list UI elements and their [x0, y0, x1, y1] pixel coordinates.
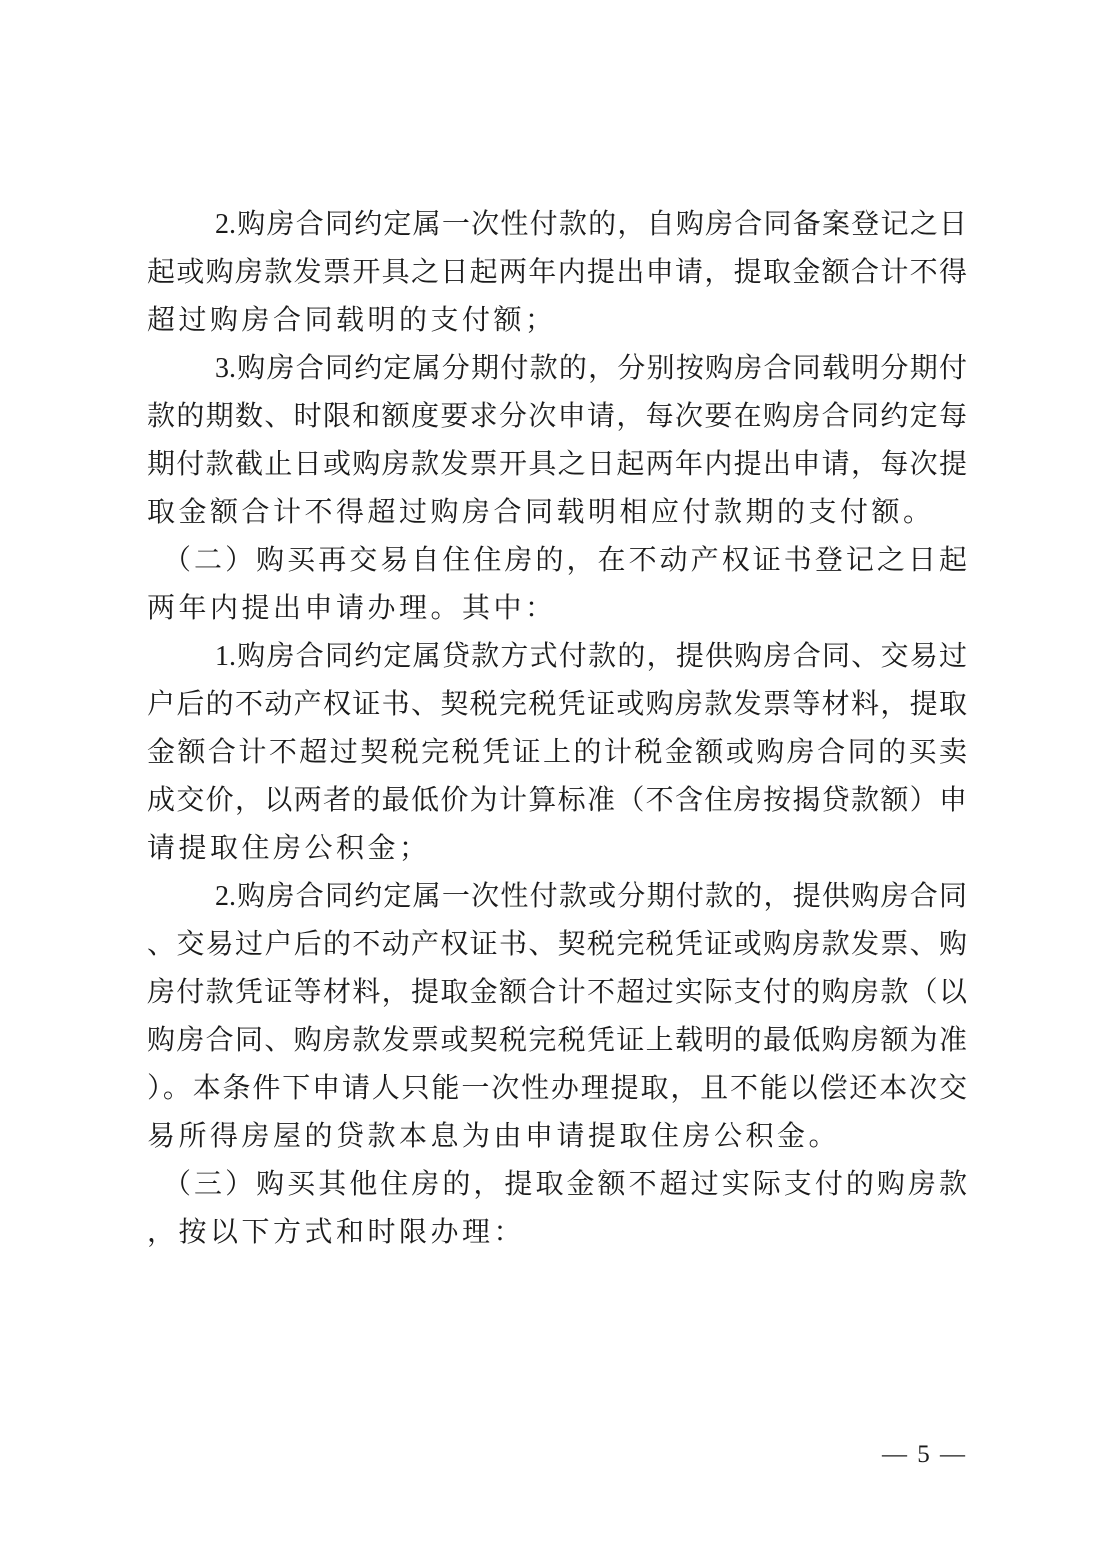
text-line: 购房合同、购房款发票或契税完税凭证上载明的最低购房额为准 — [147, 1017, 967, 1065]
text-line: 2.购房合同约定属一次性付款的，自购房合同备案登记之日 — [147, 201, 967, 249]
text-line: ，按以下方式和时限办理： — [147, 1209, 967, 1257]
text-line: 户后的不动产权证书、契税完税凭证或购房款发票等材料，提取 — [147, 681, 967, 729]
page-number: — 5 — — [882, 1441, 967, 1469]
text-line: 请提取住房公积金； — [147, 825, 967, 873]
text-line: 取金额合计不得超过购房合同载明相应付款期的支付额。 — [147, 489, 967, 537]
text-line: （二）购买再交易自住住房的，在不动产权证书登记之日起 — [147, 537, 967, 585]
text-line: 两年内提出申请办理。其中： — [147, 585, 967, 633]
text-line: ）。本条件下申请人只能一次性办理提取，且不能以偿还本次交 — [147, 1065, 967, 1113]
text-line: 2.购房合同约定属一次性付款或分期付款的，提供购房合同 — [147, 873, 967, 921]
text-line: 房付款凭证等材料，提取金额合计不超过实际支付的购房款（以 — [147, 969, 967, 1017]
text-line: 起或购房款发票开具之日起两年内提出申请，提取金额合计不得 — [147, 249, 967, 297]
text-line: （三）购买其他住房的，提取金额不超过实际支付的购房款 — [147, 1161, 967, 1209]
text-line: 3.购房合同约定属分期付款的，分别按购房合同载明分期付 — [147, 345, 967, 393]
text-line: 款的期数、时限和额度要求分次申请，每次要在购房合同约定每 — [147, 393, 967, 441]
text-line: 易所得房屋的贷款本息为由申请提取住房公积金。 — [147, 1113, 967, 1161]
text-line: 1.购房合同约定属贷款方式付款的，提供购房合同、交易过 — [147, 633, 967, 681]
text-line: 超过购房合同载明的支付额； — [147, 297, 967, 345]
document-body: 2.购房合同约定属一次性付款的，自购房合同备案登记之日起或购房款发票开具之日起两… — [147, 201, 967, 1257]
text-line: 成交价，以两者的最低价为计算标准（不含住房按揭贷款额）申 — [147, 777, 967, 825]
text-line: 、交易过户后的不动产权证书、契税完税凭证或购房款发票、购 — [147, 921, 967, 969]
text-line: 期付款截止日或购房款发票开具之日起两年内提出申请，每次提 — [147, 441, 967, 489]
text-line: 金额合计不超过契税完税凭证上的计税金额或购房合同的买卖 — [147, 729, 967, 777]
document-page: 2.购房合同约定属一次性付款的，自购房合同备案登记之日起或购房款发票开具之日起两… — [0, 0, 1102, 1559]
